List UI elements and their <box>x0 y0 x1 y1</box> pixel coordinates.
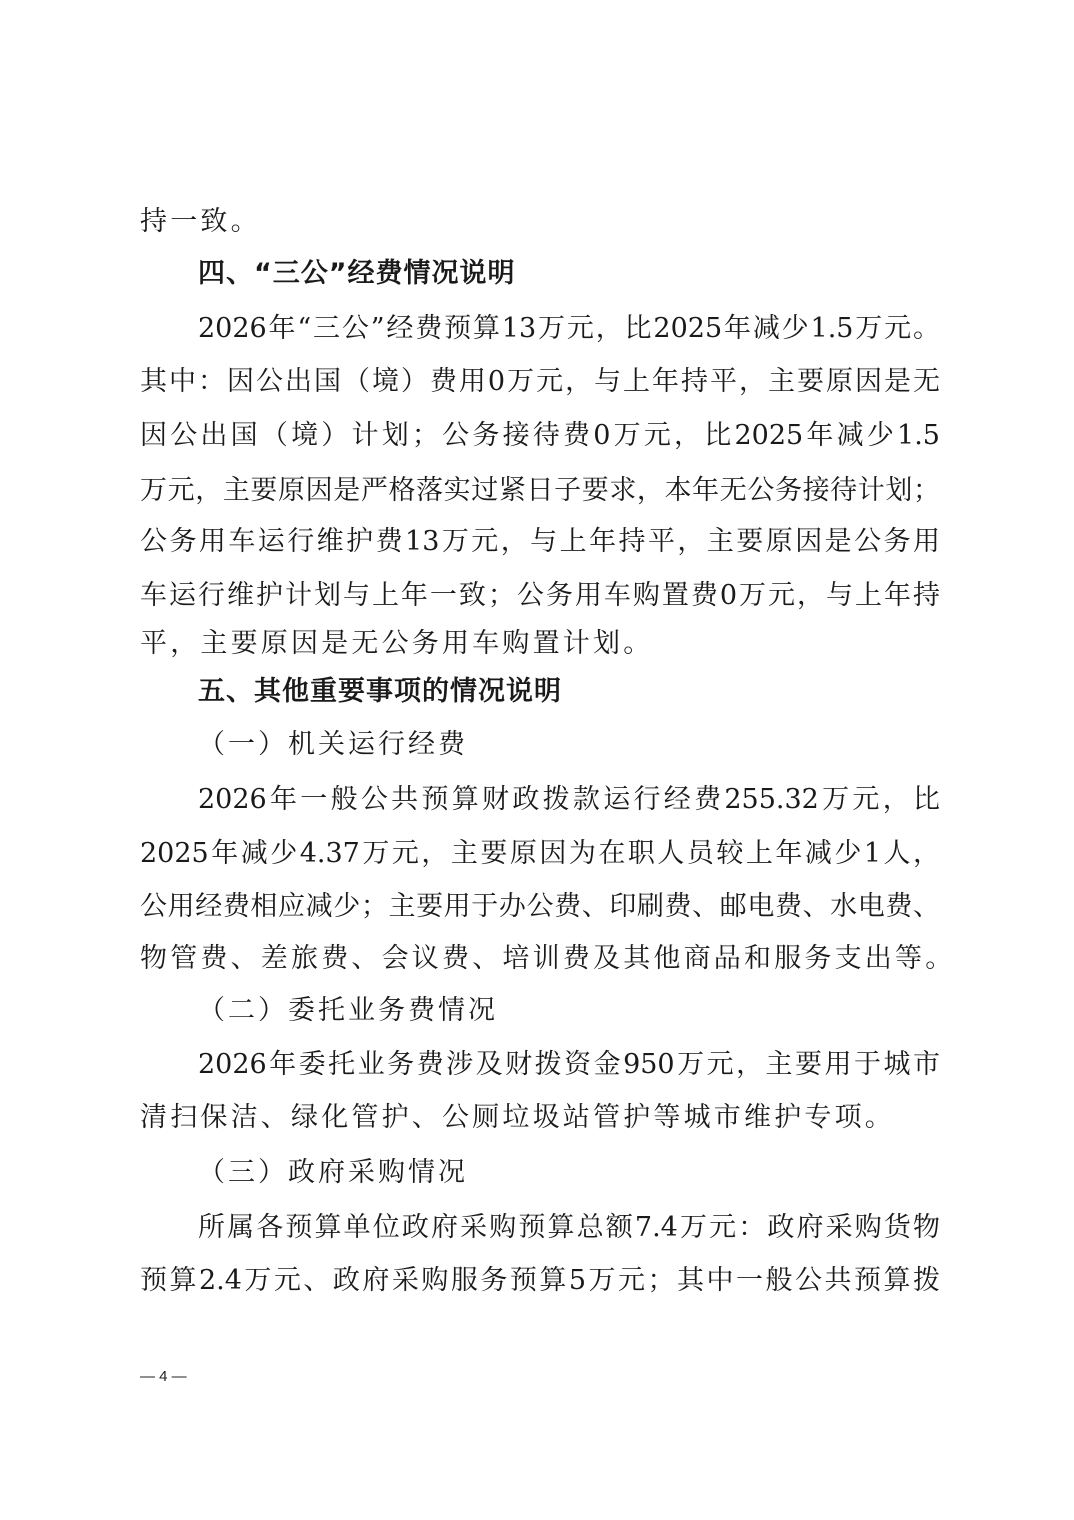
paragraph-line: 万元，主要原因是严格落实过紧日子要求，本年无公务接待计划； <box>140 473 940 509</box>
document-page: 持一致。 四、“三公”经费情况说明 2026年“三公”经费预算13万元，比202… <box>0 0 1074 1520</box>
subheading-operating-costs: （一）机关运行经费 <box>198 727 998 763</box>
paragraph-line: 所属各预算单位政府采购预算总额7.4万元：政府采购货物 <box>198 1210 940 1246</box>
paragraph-line: 公用经费相应减少；主要用于办公费、印刷费、邮电费、水电费、 <box>140 889 940 925</box>
paragraph-line: 因公出国（境）计划；公务接待费0万元，比2025年减少1.5 <box>140 418 940 454</box>
subheading-government-procurement: （三）政府采购情况 <box>198 1155 998 1191</box>
paragraph-line: 持一致。 <box>140 204 940 240</box>
page-number: — 4 — <box>140 1367 187 1387</box>
paragraph-line: 清扫保洁、绿化管护、公厕垃圾站管护等城市维护专项。 <box>140 1100 940 1136</box>
paragraph-line: 2025年减少4.37万元，主要原因为在职人员较上年减少1人， <box>140 836 940 872</box>
paragraph-line: 车运行维护计划与上年一致；公务用车购置费0万元，与上年持 <box>140 578 940 614</box>
paragraph-line: 2026年一般公共预算财政拨款运行经费255.32万元，比 <box>198 782 940 818</box>
subheading-commissioned-business: （二）委托业务费情况 <box>198 993 998 1029</box>
section-heading-four: 四、“三公”经费情况说明 <box>198 256 940 292</box>
paragraph-line: 预算2.4万元、政府采购服务预算5万元；其中一般公共预算拨 <box>140 1263 940 1299</box>
paragraph-line: 其中：因公出国（境）费用0万元，与上年持平，主要原因是无 <box>140 364 940 400</box>
paragraph-line: 2026年“三公”经费预算13万元，比2025年减少1.5万元。 <box>198 311 940 347</box>
paragraph-line: 物管费、差旅费、会议费、培训费及其他商品和服务支出等。 <box>140 941 940 977</box>
section-heading-five: 五、其他重要事项的情况说明 <box>198 674 940 710</box>
paragraph-line: 公务用车运行维护费13万元，与上年持平，主要原因是公务用 <box>140 524 940 560</box>
paragraph-line: 2026年委托业务费涉及财拨资金950万元，主要用于城市 <box>198 1047 940 1083</box>
paragraph-line: 平，主要原因是无公务用车购置计划。 <box>140 626 940 662</box>
